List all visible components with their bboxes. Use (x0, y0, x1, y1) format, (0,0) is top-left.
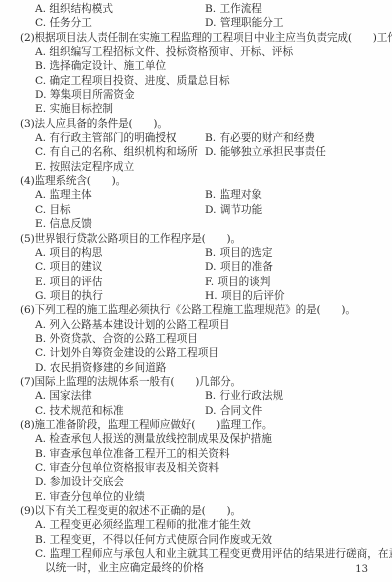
question-stem: (4)监理系统含( )。 (0, 174, 392, 188)
option-left: E. 项目的评估 (35, 275, 102, 289)
option-right: D. 项目的准备 (205, 260, 273, 274)
option-right: F. 项目的谈判 (205, 275, 270, 289)
option-row: A. 有行政主管部门的明确授权B. 有必要的财产和经费 (0, 131, 392, 145)
option-left: A. 监理主体 (35, 188, 92, 202)
exam-page: A. 组织结构模式B. 工作流程C. 任务分工D. 管理职能分工(2)根据项目法… (0, 2, 392, 576)
option-line: D. 农民捐资修建的乡间道路 (0, 361, 392, 375)
question-stem: (6)下列工程的施工监理必须执行《公路工程施工监理规范》的是( )。 (0, 303, 392, 317)
option-right: H. 项目的后评价 (205, 289, 285, 303)
question-stem: (7)国际上监理的法规体系一般有( )几部分。 (0, 375, 392, 389)
option-line: E. 实施目标控制 (0, 102, 392, 116)
option-line: C. 计划外自筹资金建设的公路工程项目 (0, 346, 392, 360)
option-row: A. 监理主体B. 监理对象 (0, 188, 392, 202)
option-line: A. 检查承包人报送的测量放线控制成果及保护措施 (0, 432, 392, 446)
question-stem: (5)世界银行贷款公路项目的工作程序是( )。 (0, 232, 392, 246)
option-right: B. 行业行政法规 (205, 389, 283, 403)
option-row: C. 技术规范和标准D. 合同文件 (0, 404, 392, 418)
option-row: C. 有自己的名称、组织机构和场所D. 能够独立承担民事责任 (0, 145, 392, 159)
option-left: A. 有行政主管部门的明确授权 (35, 131, 177, 145)
option-left: C. 目标 (35, 203, 71, 217)
option-line: E. 按照法定程序成立 (0, 160, 392, 174)
option-row: E. 项目的评估F. 项目的谈判 (0, 275, 392, 289)
option-line: C. 审查分包单位资格报审表及相关资料 (0, 461, 392, 475)
option-right: D. 调节功能 (205, 203, 262, 217)
option-right: B. 有必要的财产和经费 (205, 131, 315, 145)
option-row: A. 组织结构模式B. 工作流程 (0, 2, 392, 16)
question-stem: (2)根据项目法人责任制在实施工程监理的工程项目中业主应当负责完成( )工作。 (0, 31, 392, 45)
option-line: C. 确定工程项目投资、进度、质量总目标 (0, 74, 392, 88)
option-left: C. 任务分工 (35, 16, 92, 30)
option-line: A. 组织编写工程招标文件、投标资格预审、开标、评标 (0, 45, 392, 59)
option-left: A. 国家法律 (35, 389, 92, 403)
option-right: D. 能够独立承担民事责任 (205, 145, 326, 159)
option-line: E. 信息反馈 (0, 217, 392, 231)
option-line: B. 外资贷款、合资的公路工程项目 (0, 332, 392, 346)
page-number: 13 (355, 564, 368, 575)
option-line: A. 列入公路基本建设计划的公路工程项目 (0, 318, 392, 332)
option-line: A. 工程变更必须经监理工程师的批准才能生效 (0, 518, 392, 532)
option-right: D. 合同文件 (205, 404, 262, 418)
option-line: B. 工程变更，不得以任何方式使原合同作废或无效 (0, 533, 392, 547)
option-left: C. 技术规范和标准 (35, 404, 124, 418)
option-left: C. 有自己的名称、组织机构和场所 (35, 145, 198, 159)
option-right: B. 工作流程 (205, 2, 262, 16)
option-row: A. 项目的构思B. 项目的选定 (0, 246, 392, 260)
option-line: D. 参加设计交底会 (0, 475, 392, 489)
option-line: B. 选择确定设计、施工单位 (0, 59, 392, 73)
question-stem: (9)以下有关工程变更的叙述不正确的是( )。 (0, 504, 392, 518)
option-right: B. 项目的选定 (205, 246, 273, 260)
option-line: D. 筹集项目所需资金 (0, 88, 392, 102)
question-stem: (3)法人应具备的条件是( )。 (0, 117, 392, 131)
option-left: C. 项目的建议 (35, 260, 102, 274)
option-line: E. 审查分包单位的业绩 (0, 490, 392, 504)
option-line: B. 审查承包单位准备工程开工的相关资料 (0, 447, 392, 461)
option-row: C. 目标D. 调节功能 (0, 203, 392, 217)
option-line: 以统一时，业主应确定最终的价格 (0, 561, 392, 575)
option-left: A. 组织结构模式 (35, 2, 113, 16)
option-row: C. 任务分工D. 管理职能分工 (0, 16, 392, 30)
option-right: D. 管理职能分工 (205, 16, 283, 30)
option-left: A. 项目的构思 (35, 246, 102, 260)
option-line: C. 监理工程师应与承包人和业主就其工程变更费用评估的结果进行磋商，在意见难 (0, 547, 392, 561)
question-stem: (8)施工准备阶段，监理工程师应做好( )监理工作。 (0, 418, 392, 432)
option-right: B. 监理对象 (205, 188, 262, 202)
option-row: C. 项目的建议D. 项目的准备 (0, 260, 392, 274)
option-row: G. 项目的执行H. 项目的后评价 (0, 289, 392, 303)
option-row: A. 国家法律B. 行业行政法规 (0, 389, 392, 403)
option-left: G. 项目的执行 (35, 289, 103, 303)
